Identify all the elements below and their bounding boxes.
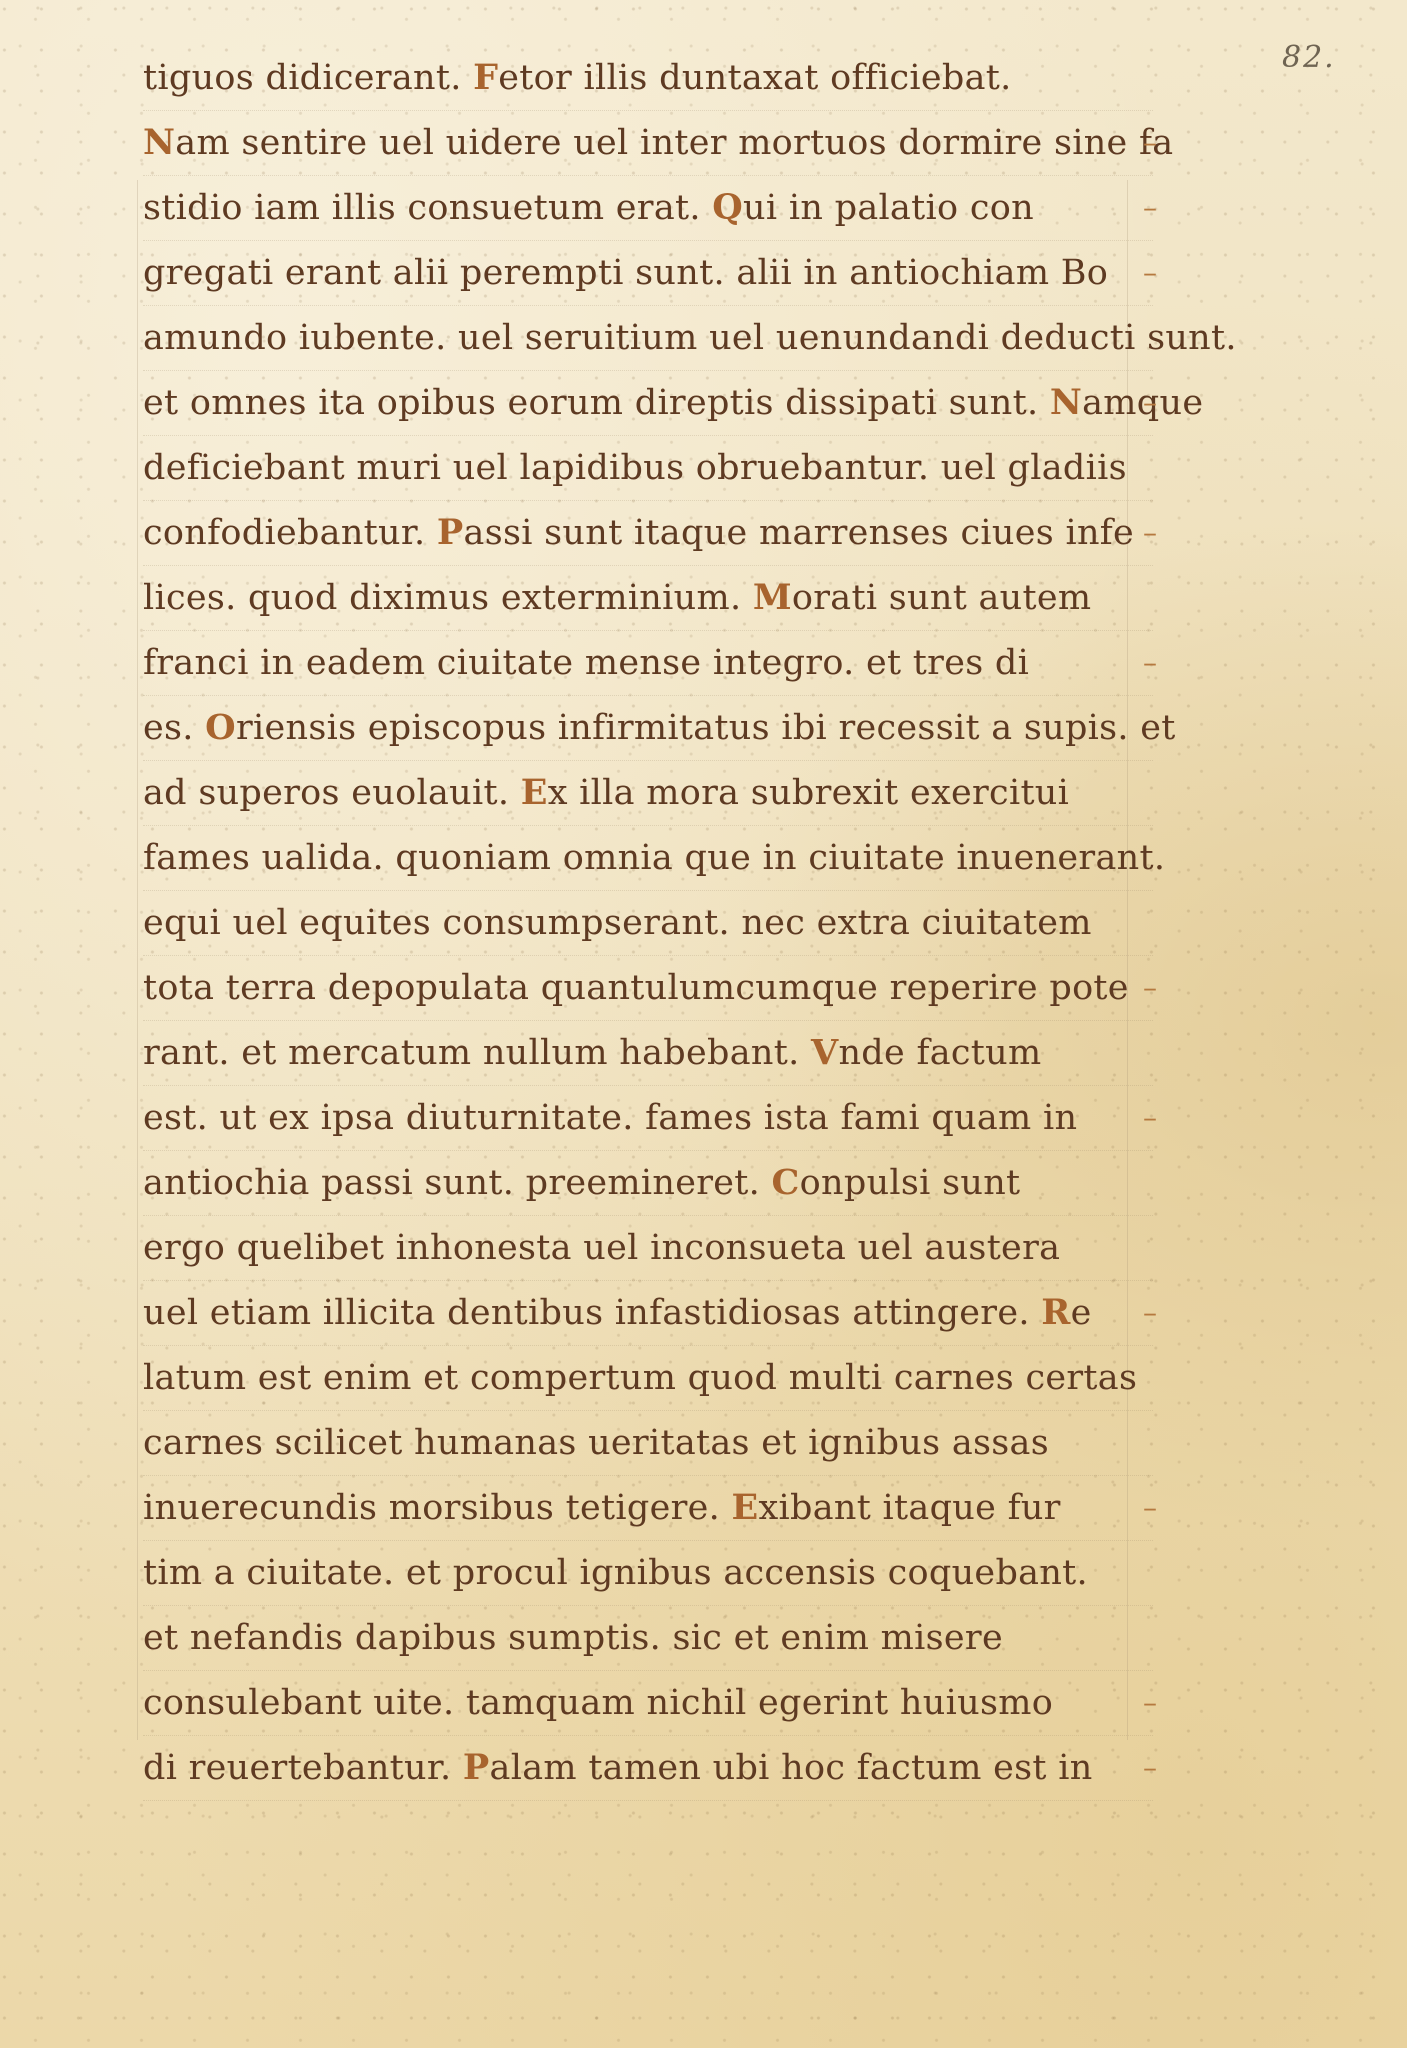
line-text: ergo quelibet inhonesta uel inconsueta u…	[143, 1228, 1060, 1268]
manuscript-line: tiguos didicerant. Fetor illis duntaxat …	[143, 46, 1153, 111]
rubricated-initial: P	[437, 512, 464, 553]
line-text: tiguos didicerant. Fetor illis duntaxat …	[143, 58, 1012, 98]
line-text: inuerecundis morsibus tetigere. Exibant …	[143, 1488, 1061, 1528]
rubricated-initial: O	[205, 707, 236, 748]
manuscript-line: deficiebant muri uel lapidibus obruebant…	[143, 436, 1153, 501]
line-text: latum est enim et compertum quod multi c…	[143, 1358, 1137, 1398]
manuscript-line: et nefandis dapibus sumptis. sic et enim…	[143, 1606, 1153, 1671]
rubricated-initial: N	[1050, 382, 1082, 423]
manuscript-line: consulebant uite. tamquam nichil egerint…	[143, 1671, 1153, 1736]
line-text: Nam sentire uel uidere uel inter mortuos…	[143, 123, 1173, 163]
line-continuation-mark: –	[1143, 1736, 1157, 1800]
line-continuation-mark: –	[1143, 956, 1157, 1020]
line-continuation-mark: –	[1143, 501, 1157, 565]
line-text: es. Oriensis episcopus infirmitatus ibi …	[143, 708, 1176, 748]
line-text: consulebant uite. tamquam nichil egerint…	[143, 1683, 1053, 1723]
manuscript-line: inuerecundis morsibus tetigere. Exibant …	[143, 1476, 1153, 1541]
line-text: stidio iam illis consuetum erat. Qui in …	[143, 188, 1034, 228]
line-continuation-mark: –	[1143, 1671, 1157, 1735]
line-continuation-mark: –	[1143, 1476, 1157, 1540]
left-ruling-line	[137, 180, 138, 1740]
manuscript-line: rant. et mercatum nullum habebant. Vnde …	[143, 1021, 1153, 1086]
line-text: lices. quod diximus exterminium. Morati …	[143, 578, 1091, 618]
line-continuation-mark: –	[1143, 1281, 1157, 1345]
line-text: et omnes ita opibus eorum direptis dissi…	[143, 383, 1203, 423]
manuscript-line: stidio iam illis consuetum erat. Qui in …	[143, 176, 1153, 241]
line-text: equi uel equites consumpserant. nec extr…	[143, 903, 1092, 943]
manuscript-line: amundo iubente. uel seruitium uel uenund…	[143, 306, 1153, 371]
manuscript-line: fames ualida. quoniam omnia que in ciuit…	[143, 826, 1153, 891]
line-text: franci in eadem ciuitate mense integro. …	[143, 643, 1029, 683]
line-text: deficiebant muri uel lapidibus obruebant…	[143, 448, 1127, 488]
manuscript-line: ergo quelibet inhonesta uel inconsueta u…	[143, 1216, 1153, 1281]
line-text: est. ut ex ipsa diuturnitate. fames ista…	[143, 1098, 1077, 1138]
manuscript-line: est. ut ex ipsa diuturnitate. fames ista…	[143, 1086, 1153, 1151]
line-continuation-mark: –	[1143, 241, 1157, 305]
manuscript-folio: 82. tiguos didicerant. Fetor illis dunta…	[0, 0, 1407, 2048]
manuscript-line: latum est enim et compertum quod multi c…	[143, 1346, 1153, 1411]
line-text: tim a ciuitate. et procul ignibus accens…	[143, 1553, 1088, 1593]
manuscript-line: confodiebantur. Passi sunt itaque marren…	[143, 501, 1153, 566]
line-continuation-mark: –	[1143, 371, 1157, 435]
rubricated-initial: V	[811, 1032, 838, 1073]
manuscript-line: antiochia passi sunt. preemineret. Conpu…	[143, 1151, 1153, 1216]
manuscript-line: carnes scilicet humanas ueritatas et ign…	[143, 1411, 1153, 1476]
manuscript-line: franci in eadem ciuitate mense integro. …	[143, 631, 1153, 696]
rubricated-initial: M	[753, 577, 792, 618]
line-text: confodiebantur. Passi sunt itaque marren…	[143, 513, 1134, 553]
rubricated-initial: F	[473, 57, 498, 98]
manuscript-line: di reuertebantur. Palam tamen ubi hoc fa…	[143, 1736, 1153, 1801]
line-text: di reuertebantur. Palam tamen ubi hoc fa…	[143, 1748, 1093, 1788]
line-text: uel etiam illicita dentibus infastidiosa…	[143, 1293, 1092, 1333]
rubricated-initial: E	[732, 1487, 759, 1528]
manuscript-line: lices. quod diximus exterminium. Morati …	[143, 566, 1153, 631]
line-text: antiochia passi sunt. preemineret. Conpu…	[143, 1163, 1020, 1203]
manuscript-line: tim a ciuitate. et procul ignibus accens…	[143, 1541, 1153, 1606]
line-text: ad superos euolauit. Ex illa mora subrex…	[143, 773, 1069, 813]
line-text: gregati erant alii perempti sunt. alii i…	[143, 253, 1108, 293]
line-continuation-mark: –	[1143, 631, 1157, 695]
manuscript-line: Nam sentire uel uidere uel inter mortuos…	[143, 111, 1153, 176]
line-continuation-mark: –	[1143, 111, 1157, 175]
manuscript-line: equi uel equites consumpserant. nec extr…	[143, 891, 1153, 956]
line-continuation-mark: –	[1143, 1086, 1157, 1150]
manuscript-line: et omnes ita opibus eorum direptis dissi…	[143, 371, 1153, 436]
rubricated-initial: C	[771, 1162, 799, 1203]
rubricated-initial: N	[143, 122, 175, 163]
manuscript-line: ad superos euolauit. Ex illa mora subrex…	[143, 761, 1153, 826]
rubricated-initial: R	[1041, 1292, 1070, 1333]
text-column: tiguos didicerant. Fetor illis duntaxat …	[143, 46, 1153, 1801]
line-text: rant. et mercatum nullum habebant. Vnde …	[143, 1033, 1041, 1073]
manuscript-line: uel etiam illicita dentibus infastidiosa…	[143, 1281, 1153, 1346]
rubricated-initial: P	[463, 1747, 490, 1788]
manuscript-line: tota terra depopulata quantulumcumque re…	[143, 956, 1153, 1021]
manuscript-line: gregati erant alii perempti sunt. alii i…	[143, 241, 1153, 306]
line-text: et nefandis dapibus sumptis. sic et enim…	[143, 1618, 1003, 1658]
folio-number: 82.	[1282, 40, 1336, 75]
line-text: tota terra depopulata quantulumcumque re…	[143, 968, 1129, 1008]
manuscript-line: es. Oriensis episcopus infirmitatus ibi …	[143, 696, 1153, 761]
line-text: fames ualida. quoniam omnia que in ciuit…	[143, 838, 1165, 878]
line-text: amundo iubente. uel seruitium uel uenund…	[143, 318, 1237, 358]
line-text: carnes scilicet humanas ueritatas et ign…	[143, 1423, 1049, 1463]
line-continuation-mark: –	[1143, 176, 1157, 240]
rubricated-initial: E	[521, 772, 548, 813]
rubricated-initial: Q	[712, 187, 743, 228]
